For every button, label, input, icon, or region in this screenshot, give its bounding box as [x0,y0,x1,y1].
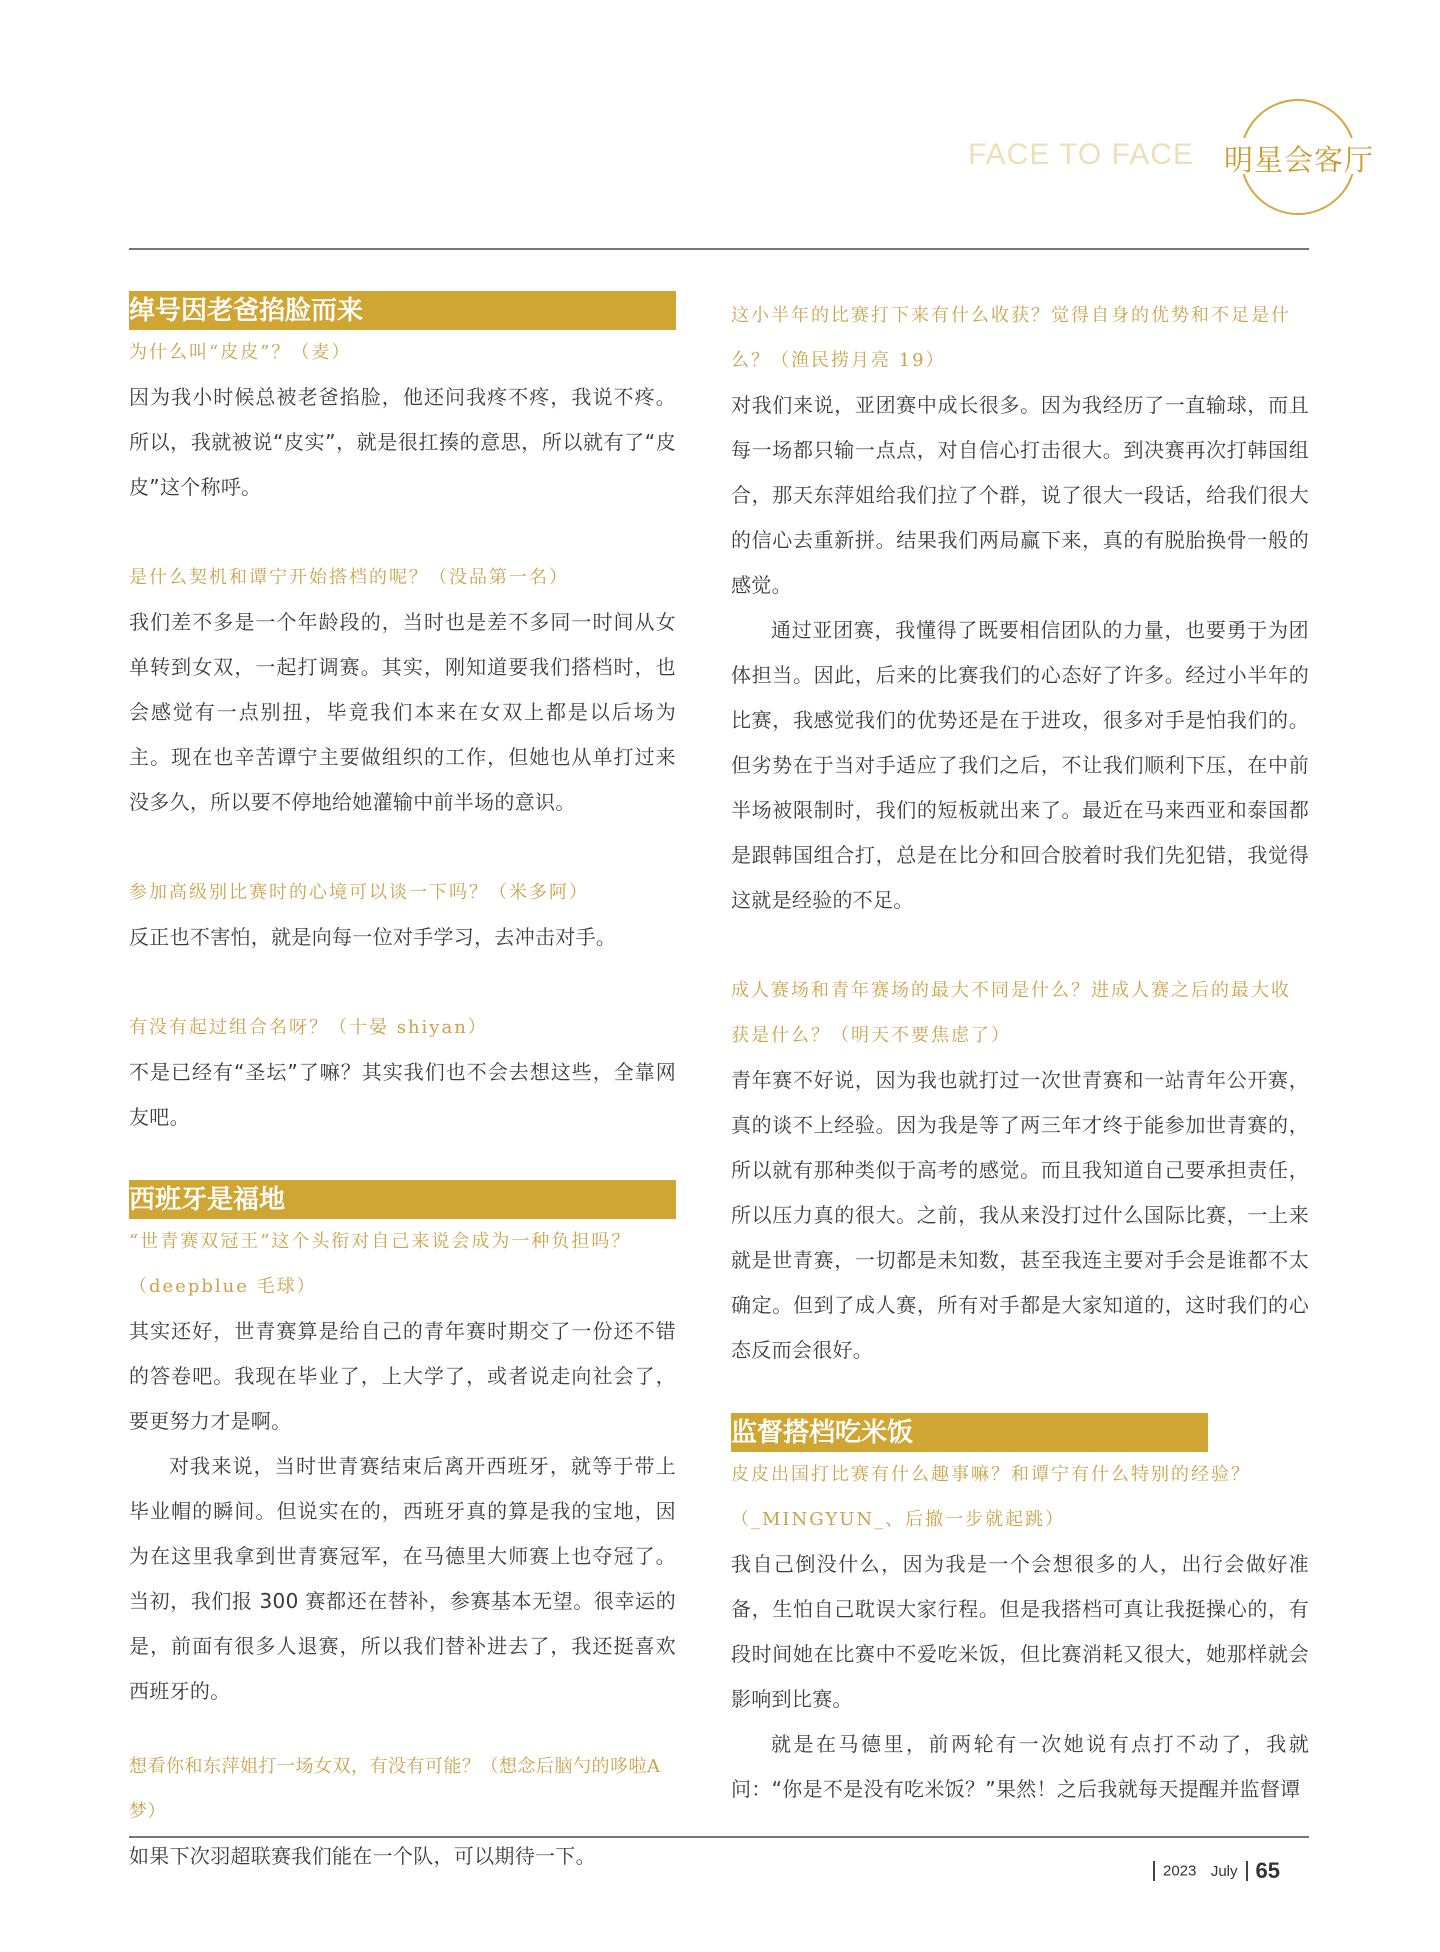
question: 皮皮出国打比赛有什么趣事嘛？和谭宁有什么特别的经验？（_MINGYUN_、后撤一… [731,1452,1309,1542]
question: 想看你和东萍姐打一场女双，有没有可能？（想念后脑勺的哆啦A梦） [129,1744,676,1834]
question: 这小半年的比赛打下来有什么收获？觉得自身的优势和不足是什么？（渔民捞月亮 19） [731,293,1309,383]
section-heading: 监督搭档吃米饭 [731,1413,1208,1452]
kicker-face-to-face: FACE TO FACE [968,138,1194,172]
answer: 不是已经有“圣坛”了嘛？其实我们也不会去想这些，全靠网友吧。 [129,1050,676,1140]
page-number: 65 [1256,1858,1280,1883]
divider [1246,1861,1248,1881]
question: 有没有起过组合名呀？（十晏 shiyan） [129,1005,676,1050]
question: “世青赛双冠王”这个头衔对自己来说会成为一种负担吗？（deepblue 毛球） [129,1219,676,1309]
answer: 如果下次羽超联赛我们能在一个队，可以期待一下。 [129,1834,676,1879]
answer: 通过亚团赛，我懂得了既要相信团队的力量，也要勇于为团体担当。因此，后来的比赛我们… [731,608,1309,923]
answer: 对我来说，当时世青赛结束后离开西班牙，就等于带上毕业帽的瞬间。但说实在的，西班牙… [129,1444,676,1714]
issue-month: July [1211,1863,1238,1880]
question: 参加高级别比赛时的心境可以谈一下吗？（米多阿） [129,870,676,915]
answer: 其实还好，世青赛算是给自己的青年赛时期交了一份还不错的答卷吧。我现在毕业了，上大… [129,1309,676,1444]
answer: 我们差不多是一个年龄段的，当时也是差不多同一时间从女单转到女双，一起打调赛。其实… [129,600,676,825]
answer: 青年赛不好说，因为我也就打过一次世青赛和一站青年公开赛，真的谈不上经验。因为我是… [731,1058,1309,1373]
header-rule [129,248,1309,250]
answer: 我自己倒没什么，因为我是一个会想很多的人，出行会做好准备，生怕自己耽误大家行程。… [731,1542,1309,1722]
section-heading: 西班牙是福地 [129,1180,676,1219]
footer-rule [129,1836,1309,1838]
answer: 就是在马德里，前两轮有一次她说有点打不动了，我就问：“你是不是没有吃米饭？”果然… [731,1722,1309,1812]
question: 是什么契机和谭宁开始搭档的呢？（没品第一名） [129,555,676,600]
page-footer: 2023 July65 [1145,1858,1280,1884]
section-title: 明星会客厅 [1224,138,1374,179]
answer: 反正也不害怕，就是向每一位对手学习，去冲击对手。 [129,915,676,960]
left-column: 绰号因老爸掐脸而来 为什么叫“皮皮”？（麦） 因为我小时候总被老爸掐脸，他还问我… [129,291,676,1879]
right-column: 这小半年的比赛打下来有什么收获？觉得自身的优势和不足是什么？（渔民捞月亮 19）… [731,293,1309,1812]
divider [1153,1861,1155,1881]
issue-year: 2023 [1163,1863,1196,1880]
answer: 因为我小时候总被老爸掐脸，他还问我疼不疼，我说不疼。所以，我就被说“皮实”，就是… [129,375,676,510]
question: 为什么叫“皮皮”？（麦） [129,330,676,375]
answer: 对我们来说，亚团赛中成长很多。因为我经历了一直输球，而且每一场都只输一点点，对自… [731,383,1309,608]
question: 成人赛场和青年赛场的最大不同是什么？进成人赛之后的最大收获是什么？（明天不要焦虑… [731,968,1309,1058]
section-heading: 绰号因老爸掐脸而来 [129,291,676,330]
